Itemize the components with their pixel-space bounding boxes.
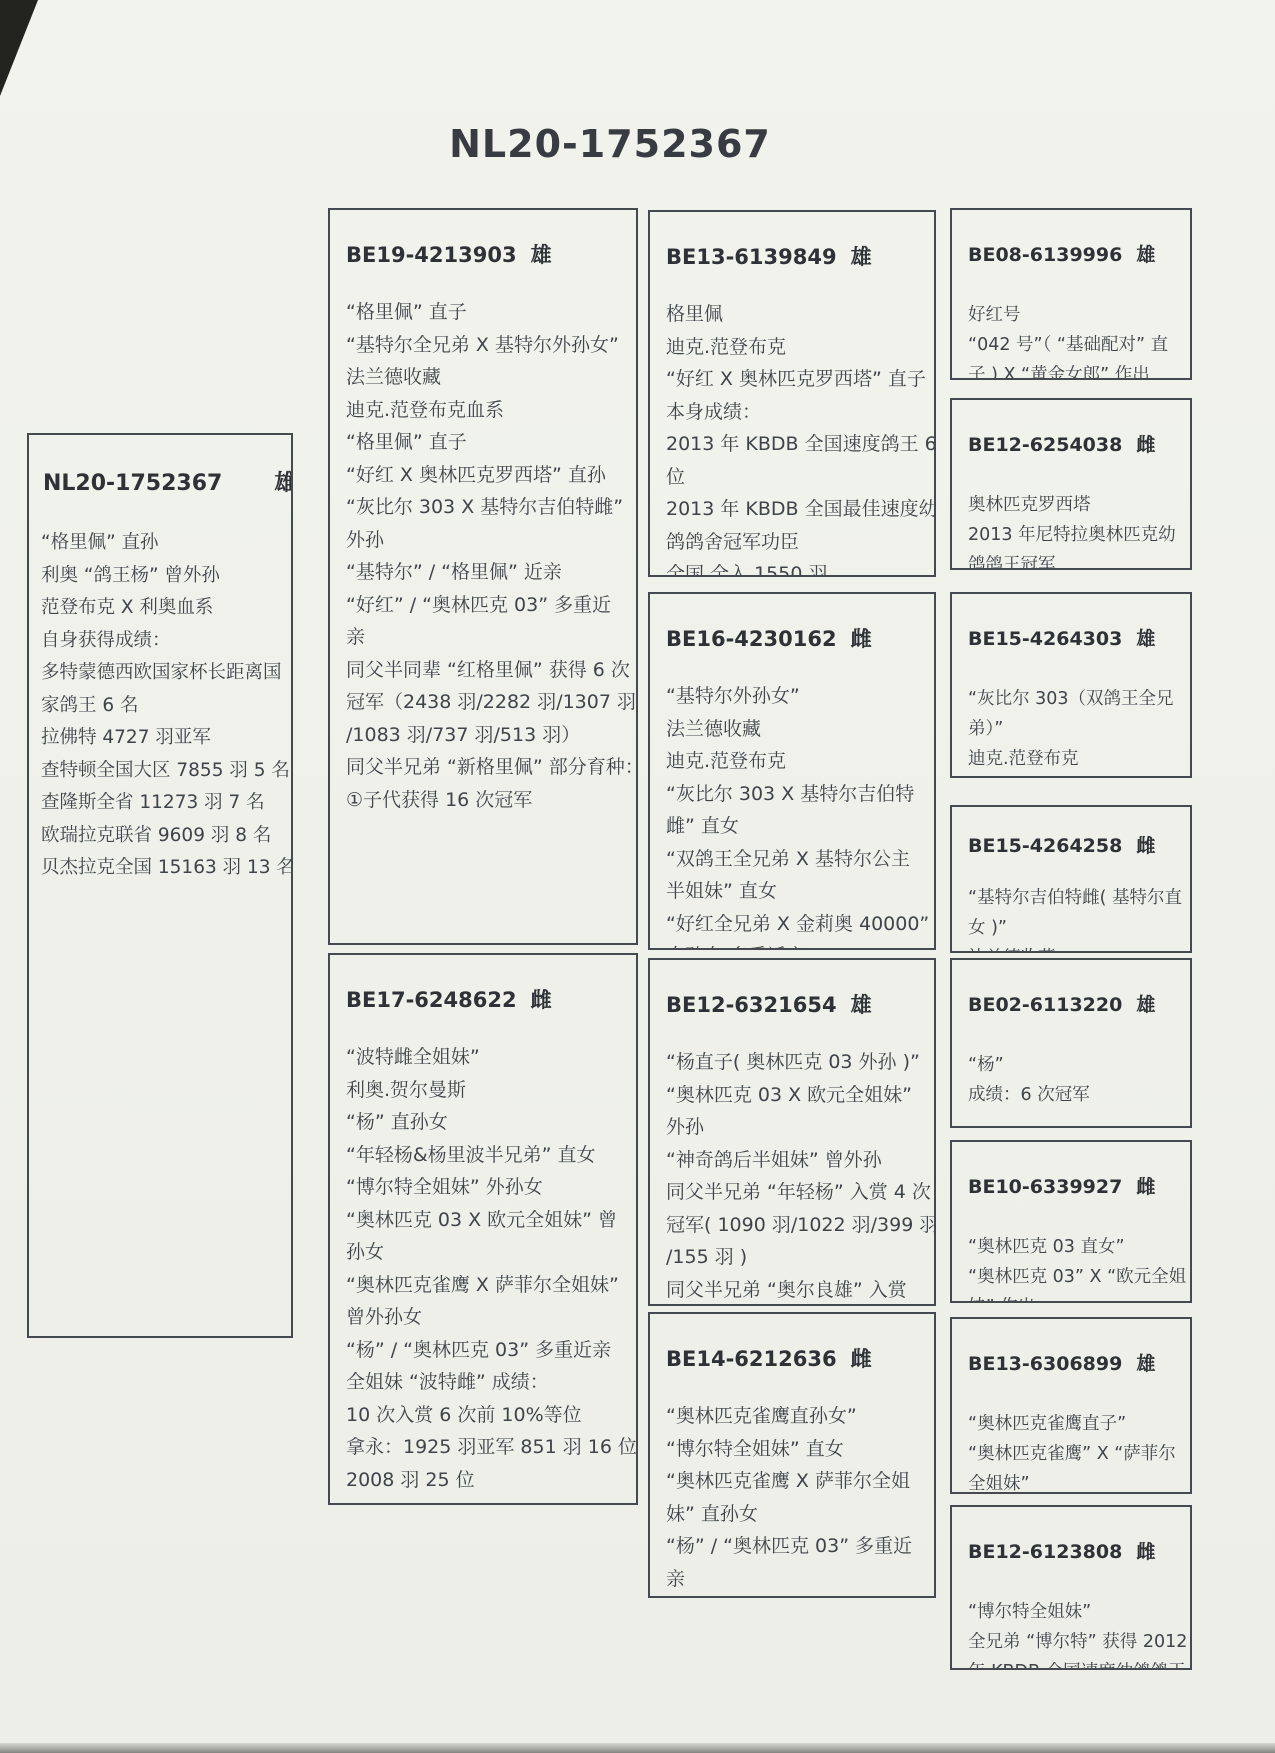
pedigree-line: “博尔特全姐妹” 外孙女	[346, 1171, 620, 1204]
pedigree-lines: “波特雌全姐妹”利奥.贺尔曼斯“杨” 直孙女“年轻杨&杨里波半兄弟” 直女“博尔…	[330, 1015, 636, 1496]
pedigree-lines: “奥林匹克雀鹰直子”“奥林匹克雀鹰” X “萨菲尔全姐妹”	[952, 1379, 1190, 1494]
ring-text: BE15-4264303	[968, 628, 1122, 650]
pedigree-line: 外孙	[666, 1111, 918, 1144]
ring-text: BE02-6113220	[968, 994, 1122, 1016]
pedigree-lines: “奥林匹克 03 直女”“奥林匹克 03” X “欧元全姐妹” 作出	[952, 1202, 1190, 1303]
pedigree-line: 亲	[346, 621, 620, 654]
ring-text: BE15-4264258	[968, 835, 1122, 857]
pedigree-line: 拿永：1925 羽亚军 851 羽 16 位	[346, 1431, 620, 1464]
ring-number: BE12-6123808雌	[952, 1507, 1190, 1567]
sex-label: 雌	[851, 627, 872, 651]
pedigree-lines: 奥林匹克罗西塔2013 年尼特拉奥林匹克幼鸽鸽王冠军	[952, 460, 1190, 570]
ring-number: BE10-6339927雌	[952, 1142, 1190, 1202]
pedigree-line: 迪克.范登布克	[968, 744, 1174, 774]
pedigree-line: 同父半兄弟 “新格里佩” 部分育种：	[346, 751, 620, 784]
ring-number: BE15-4264303雄	[952, 594, 1190, 654]
pedigree-box-be13-6306899: BE13-6306899雄 “奥林匹克雀鹰直子”“奥林匹克雀鹰” X “萨菲尔全…	[950, 1317, 1192, 1494]
pedigree-line: “波特雌全姐妹”	[346, 1041, 620, 1074]
sex-label: 雌	[1136, 434, 1155, 456]
pedigree-line: 多特蒙德西欧国家杯长距离国	[41, 657, 279, 690]
pedigree-line: 半姐妹” 直女	[666, 875, 918, 908]
ring-text: BE12-6254038	[968, 434, 1122, 456]
pedigree-box-be08-6139996: BE08-6139996雄 好红号“042 号”（ “基础配对” 直子 ) X …	[950, 208, 1192, 380]
sex-label: 雌	[1136, 1176, 1155, 1198]
pedigree-line: “好红全兄弟 X 金莉奥 40000”	[666, 908, 918, 941]
pedigree-box-be02-6113220: BE02-6113220雄 “杨”成绩：6 次冠军	[950, 958, 1192, 1128]
pedigree-line: 全姐妹”	[968, 1469, 1174, 1494]
ring-number: BE17-6248622雌	[330, 955, 636, 1015]
pedigree-line: 孙女	[346, 1236, 620, 1269]
pedigree-line: 成绩：6 次冠军	[968, 1080, 1174, 1110]
pedigree-line: “格里佩” 直子	[346, 426, 620, 459]
pedigree-lines: “博尔特全姐妹”全兄弟 “博尔特” 获得 2012年 KBDB 全国速度幼鸽鸽王	[952, 1567, 1190, 1670]
pedigree-line: “杨” / “奥林匹克 03” 多重近	[666, 1530, 918, 1563]
scan-corner-artifact	[0, 0, 38, 96]
pedigree-line: 欧瑞拉克联省 9609 羽 8 名	[41, 820, 279, 853]
pedigree-lines: “杨”成绩：6 次冠军	[952, 1020, 1190, 1110]
pedigree-line: 女 )”	[968, 913, 1174, 943]
pedigree-line: 全姐妹 “波特雌” 成绩：	[346, 1366, 620, 1399]
pedigree-line: “好红 X 奥林匹克罗西塔” 直孙	[346, 459, 620, 492]
pedigree-line: “奥林匹克雀鹰” X “萨菲尔	[968, 1439, 1174, 1469]
pedigree-lines: 好红号“042 号”（ “基础配对” 直子 ) X “黄金女郎” 作出	[952, 270, 1190, 380]
pedigree-lines: “奥林匹克雀鹰直孙女”“博尔特全姐妹” 直女“奥林匹克雀鹰 X 萨菲尔全姐妹” …	[650, 1374, 934, 1595]
pedigree-line: 法兰德收藏	[346, 361, 620, 394]
pedigree-line: “奥林匹克 03 直女”	[968, 1232, 1174, 1262]
pedigree-line: “双鸽王全兄弟 X 基特尔公主	[666, 843, 918, 876]
ring-text: BE17-6248622	[346, 988, 517, 1012]
pedigree-line: 同父半兄弟 “奥尔良雄” 入赏	[666, 1274, 918, 1307]
pedigree-line: 查特顿全国大区 7855 羽 5 名	[41, 755, 279, 788]
page-title: NL20-1752367	[0, 122, 1220, 166]
ring-number: BE16-4230162雌	[650, 594, 934, 654]
pedigree-line: “杨” 直孙女	[346, 1106, 620, 1139]
pedigree-line: 直孙女/多重近亲	[666, 940, 918, 950]
ring-text: BE08-6139996	[968, 244, 1122, 266]
pedigree-line: 亲	[666, 1563, 918, 1596]
pedigree-lines: “基特尔吉伯特雌( 基特尔直女 )”法兰德收藏	[952, 861, 1190, 953]
sex-label: 雄	[274, 471, 293, 496]
pedigree-line: “奥林匹克雀鹰直孙女”	[666, 1400, 918, 1433]
sex-label: 雄	[1136, 628, 1155, 650]
pedigree-line: /1083 羽/737 羽/513 羽）	[346, 719, 620, 752]
pedigree-line: 鸽鸽王冠军	[968, 550, 1174, 570]
pedigree-line: 好红号	[968, 300, 1174, 330]
pedigree-line: 格里佩	[666, 298, 918, 331]
sex-label: 雄	[531, 243, 552, 267]
sex-label: 雄	[851, 993, 872, 1017]
ring-text: BE16-4230162	[666, 627, 837, 651]
pedigree-line: 全兄弟 “博尔特” 获得 2012	[968, 1627, 1174, 1657]
pedigree-line: 2013 年尼特拉奥林匹克幼	[968, 520, 1174, 550]
pedigree-line: 全国 全入 1550 羽	[666, 558, 918, 577]
pedigree-line: 拉佛特 4727 羽亚军	[41, 722, 279, 755]
pedigree-lines: “杨直子( 奥林匹克 03 外孙 )”“奥林匹克 03 X 欧元全姐妹”外孙“神…	[650, 1020, 934, 1306]
pedigree-line: “杨直子( 奥林匹克 03 外孙 )”	[666, 1046, 918, 1079]
pedigree-line: “灰比尔 303 X 基特尔吉伯特	[666, 778, 918, 811]
ring-text: BE13-6306899	[968, 1353, 1122, 1375]
pedigree-line: 查隆斯全省 11273 羽 7 名	[41, 787, 279, 820]
pedigree-line: “格里佩” 直孙	[41, 527, 279, 560]
pedigree-line: 外孙	[346, 524, 620, 557]
pedigree-lines: “格里佩” 直孙利奥 “鸽王杨” 曾外孙范登布克 X 利奥血系自身获得成绩：多特…	[29, 499, 291, 885]
pedigree-line: “基特尔” / “格里佩” 近亲	[346, 556, 620, 589]
pedigree-line: 2013 年 KBDB 全国速度鸽王 6	[666, 428, 918, 461]
ring-number: NL20-1752367雄	[29, 435, 291, 499]
pedigree-line: 奥林匹克罗西塔	[968, 490, 1174, 520]
pedigree-box-be19-4213903: BE19-4213903雄 “格里佩” 直子“基特尔全兄弟 X 基特尔外孙女”法…	[328, 208, 638, 945]
pedigree-line: 10 次入赏 6 次前 10%等位	[346, 1399, 620, 1432]
pedigree-line: “好红” / “奥林匹克 03” 多重近	[346, 589, 620, 622]
ring-number: BE13-6306899雄	[952, 1319, 1190, 1379]
sex-label: 雌	[1136, 835, 1155, 857]
pedigree-line: “基特尔全兄弟 X 基特尔外孙女”	[346, 329, 620, 362]
pedigree-line: “奥林匹克雀鹰 X 萨菲尔全姐妹”	[346, 1269, 620, 1302]
pedigree-line: 弟）”	[968, 714, 1174, 744]
pedigree-box-be10-6339927: BE10-6339927雌 “奥林匹克 03 直女”“奥林匹克 03” X “欧…	[950, 1140, 1192, 1303]
pedigree-line: 妹” 作出	[968, 1292, 1174, 1303]
ring-text: BE12-6321654	[666, 993, 837, 1017]
sex-label: 雌	[851, 1347, 872, 1371]
pedigree-line: “博尔特全姐妹” 直女	[666, 1433, 918, 1466]
ring-text: BE13-6139849	[666, 245, 837, 269]
pedigree-line: “奥林匹克 03” X “欧元全姐	[968, 1262, 1174, 1292]
pedigree-line: 法兰德收藏	[968, 943, 1174, 953]
ring-number: BE12-6254038雌	[952, 400, 1190, 460]
pedigree-line: 迪克.范登布克血系	[346, 394, 620, 427]
pedigree-line: ①子代获得 16 次冠军	[346, 784, 620, 817]
scan-bottom-shadow	[0, 1743, 1275, 1753]
ring-text: BE12-6123808	[968, 1541, 1122, 1563]
sex-label: 雌	[1136, 1541, 1155, 1563]
pedigree-line: 范登布克 X 利奥血系	[41, 592, 279, 625]
pedigree-line: “基特尔吉伯特雌( 基特尔直	[968, 883, 1174, 913]
pedigree-line: “灰比尔 303 X 基特尔吉伯特雌”	[346, 491, 620, 524]
pedigree-line: “杨”	[968, 1050, 1174, 1080]
pedigree-line: 迪克.范登布克	[666, 331, 918, 364]
pedigree-box-be12-6321654: BE12-6321654雄 “杨直子( 奥林匹克 03 外孙 )”“奥林匹克 0…	[648, 958, 936, 1306]
ring-text: BE14-6212636	[666, 1347, 837, 1371]
ring-number: BE15-4264258雌	[952, 807, 1190, 861]
pedigree-line: 雌” 直女	[666, 810, 918, 843]
pedigree-line: 鸽鸽舍冠军功臣	[666, 526, 918, 559]
sex-label: 雄	[851, 245, 872, 269]
pedigree-line: 同父半同辈 “红格里佩” 获得 6 次	[346, 654, 620, 687]
pedigree-line: 迪克.范登布克	[666, 745, 918, 778]
ring-number: BE08-6139996雄	[952, 210, 1190, 270]
pedigree-line: “奥林匹克雀鹰直子”	[968, 1409, 1174, 1439]
pedigree-line: “好红 X 奥林匹克罗西塔” 直子	[666, 363, 918, 396]
sex-label: 雄	[1136, 1353, 1155, 1375]
pedigree-line: 曾外孙女	[346, 1301, 620, 1334]
pedigree-line: /155 羽 )	[666, 1241, 918, 1274]
pedigree-line: 妹” 直孙女	[666, 1498, 918, 1531]
pedigree-line: 法兰德收藏	[666, 713, 918, 746]
pedigree-box-be15-4264258: BE15-4264258雌 “基特尔吉伯特雌( 基特尔直女 )”法兰德收藏	[950, 805, 1192, 953]
pedigree-line: 利奥 “鸽王杨” 曾外孙	[41, 560, 279, 593]
pedigree-box-nl20-1752367: NL20-1752367雄 “格里佩” 直孙利奥 “鸽王杨” 曾外孙范登布克 X…	[27, 433, 293, 1338]
ring-number: BE19-4213903雄	[330, 210, 636, 270]
scanned-pedigree-page: NL20-1752367 NL20-1752367雄 “格里佩” 直孙利奥 “鸽…	[0, 0, 1275, 1753]
pedigree-box-be12-6123808: BE12-6123808雌 “博尔特全姐妹”全兄弟 “博尔特” 获得 2012年…	[950, 1505, 1192, 1670]
pedigree-line: “博尔特全姐妹”	[968, 1597, 1174, 1627]
pedigree-box-be13-6139849: BE13-6139849雄 格里佩迪克.范登布克“好红 X 奥林匹克罗西塔” 直…	[648, 210, 936, 577]
pedigree-line: “年轻杨&杨里波半兄弟” 直女	[346, 1139, 620, 1172]
pedigree-line: 位	[666, 461, 918, 494]
pedigree-line: “灰比尔 303（双鸽王全兄	[968, 684, 1174, 714]
pedigree-line: 子 ) X “黄金女郎” 作出	[968, 360, 1174, 380]
pedigree-lines: “格里佩” 直子“基特尔全兄弟 X 基特尔外孙女”法兰德收藏迪克.范登布克血系“…	[330, 270, 636, 816]
sex-label: 雄	[1136, 994, 1155, 1016]
ring-number: BE02-6113220雄	[952, 960, 1190, 1020]
pedigree-line: 2013 年 KBDB 全国最佳速度幼	[666, 493, 918, 526]
pedigree-line: 自身获得成绩：	[41, 625, 279, 658]
pedigree-line: 利奥.贺尔曼斯	[346, 1074, 620, 1107]
pedigree-line: “杨” / “奥林匹克 03” 多重近亲	[346, 1334, 620, 1367]
pedigree-line: “格里佩” 直子	[346, 296, 620, 329]
pedigree-line: 冠军( 1090 羽/1022 羽/399 羽	[666, 1209, 918, 1242]
pedigree-lines: “基特尔外孙女”法兰德收藏迪克.范登布克“灰比尔 303 X 基特尔吉伯特雌” …	[650, 654, 934, 950]
ring-number: BE12-6321654雄	[650, 960, 934, 1020]
ring-text: BE10-6339927	[968, 1176, 1122, 1198]
ring-number: BE14-6212636雌	[650, 1314, 934, 1374]
pedigree-line: 贝杰拉克全国 15163 羽 13 名	[41, 852, 279, 885]
pedigree-lines: 格里佩迪克.范登布克“好红 X 奥林匹克罗西塔” 直子本身成绩：2013 年 K…	[650, 272, 934, 577]
pedigree-line: “神奇鸽后半姐妹” 曾外孙	[666, 1144, 918, 1177]
pedigree-line: 冠军（2438 羽/2282 羽/1307 羽	[346, 686, 620, 719]
ring-text: NL20-1752367	[43, 471, 222, 496]
pedigree-box-be16-4230162: BE16-4230162雌 “基特尔外孙女”法兰德收藏迪克.范登布克“灰比尔 3…	[648, 592, 936, 950]
pedigree-line: 年 KBDB 全国速度幼鸽鸽王	[968, 1657, 1174, 1670]
pedigree-line: “奥林匹克 03 X 欧元全姐妹”	[666, 1079, 918, 1112]
pedigree-line: “奥林匹克雀鹰 X 萨菲尔全姐	[666, 1465, 918, 1498]
ring-text: BE19-4213903	[346, 243, 517, 267]
pedigree-box-be15-4264303: BE15-4264303雄 “灰比尔 303（双鸽王全兄弟）”迪克.范登布克	[950, 592, 1192, 778]
pedigree-line: “042 号”（ “基础配对” 直	[968, 330, 1174, 360]
ring-number: BE13-6139849雄	[650, 212, 934, 272]
sex-label: 雄	[1136, 244, 1155, 266]
pedigree-lines: “灰比尔 303（双鸽王全兄弟）”迪克.范登布克	[952, 654, 1190, 774]
pedigree-box-be17-6248622: BE17-6248622雌 “波特雌全姐妹”利奥.贺尔曼斯“杨” 直孙女“年轻杨…	[328, 953, 638, 1505]
pedigree-line: “基特尔外孙女”	[666, 680, 918, 713]
pedigree-box-be14-6212636: BE14-6212636雌 “奥林匹克雀鹰直孙女”“博尔特全姐妹” 直女“奥林匹…	[648, 1312, 936, 1598]
pedigree-box-be12-6254038: BE12-6254038雌 奥林匹克罗西塔2013 年尼特拉奥林匹克幼鸽鸽王冠军	[950, 398, 1192, 570]
pedigree-line: 2008 羽 25 位	[346, 1464, 620, 1497]
pedigree-line: “奥林匹克 03 X 欧元全姐妹” 曾	[346, 1204, 620, 1237]
pedigree-line: 本身成绩：	[666, 396, 918, 429]
pedigree-line: 同父半兄弟 “年轻杨” 入赏 4 次	[666, 1176, 918, 1209]
sex-label: 雌	[531, 988, 552, 1012]
pedigree-line: 家鸽王 6 名	[41, 690, 279, 723]
